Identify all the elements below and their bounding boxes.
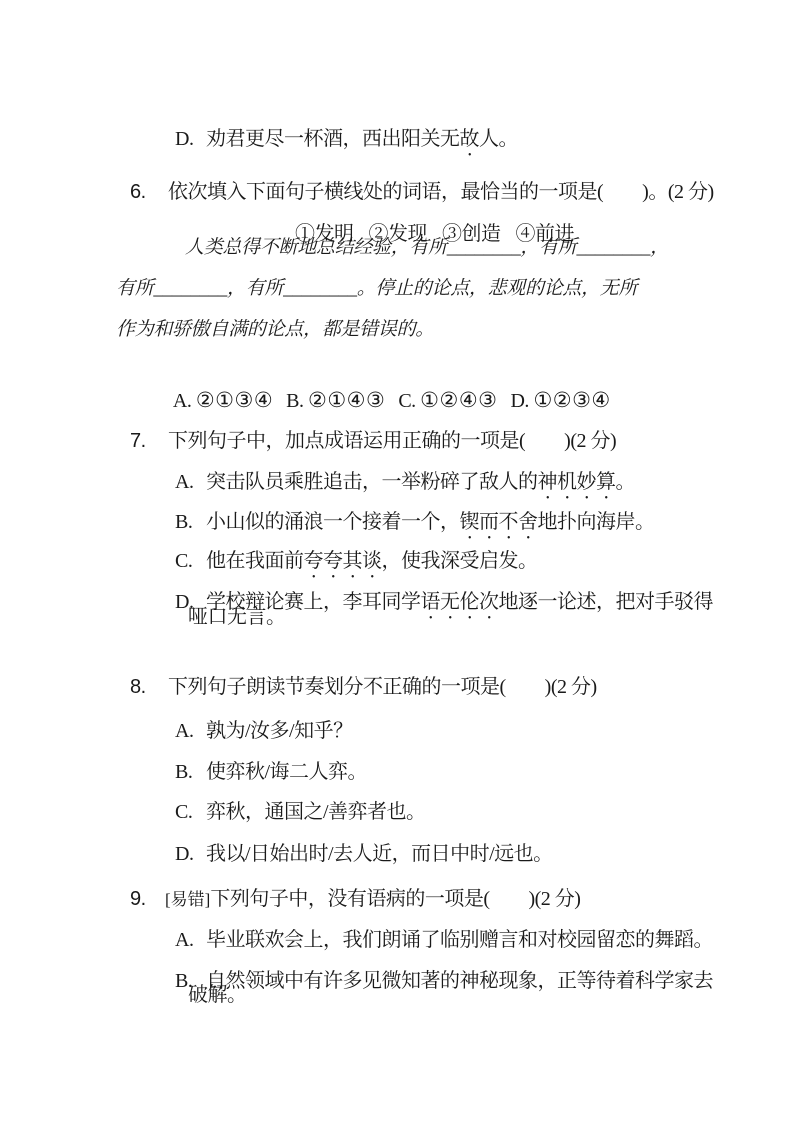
option-letter: D.	[175, 125, 206, 153]
option-text: 自然领域中有许多见微知著的神秘现象，正等待着科学家去	[206, 970, 713, 992]
emphasized-character: 故	[460, 128, 480, 150]
passage-line-1: 人类总得不断地总结经验，有所________，有所________，	[185, 234, 669, 262]
option-text-after: 人。	[479, 128, 518, 150]
question-9-option-b-continuation: 破解。	[188, 981, 247, 1009]
passage-line-2: 有所________，有所________。停止的论点，悲观的论点，无所	[116, 275, 637, 303]
passage-line-3: 作为和骄傲自满的论点，都是错误的。	[116, 316, 434, 344]
option-text-after: 地逐一论述，把对手驳得	[499, 591, 714, 613]
question-7-option-d-continuation: 哑口无言。	[188, 603, 286, 631]
option-text-after: 地扑向海岸。	[538, 511, 655, 533]
emphasized-idiom: 语无伦次	[421, 591, 499, 613]
option-text: 劝君更尽一杯酒，西出阳关无	[206, 128, 460, 150]
question-6-number: 6.	[130, 178, 168, 206]
exam-page: D.劝君更尽一杯酒，西出阳关无故人。 6.依次填入下面句子横线处的词语，最恰当的…	[0, 0, 793, 1122]
